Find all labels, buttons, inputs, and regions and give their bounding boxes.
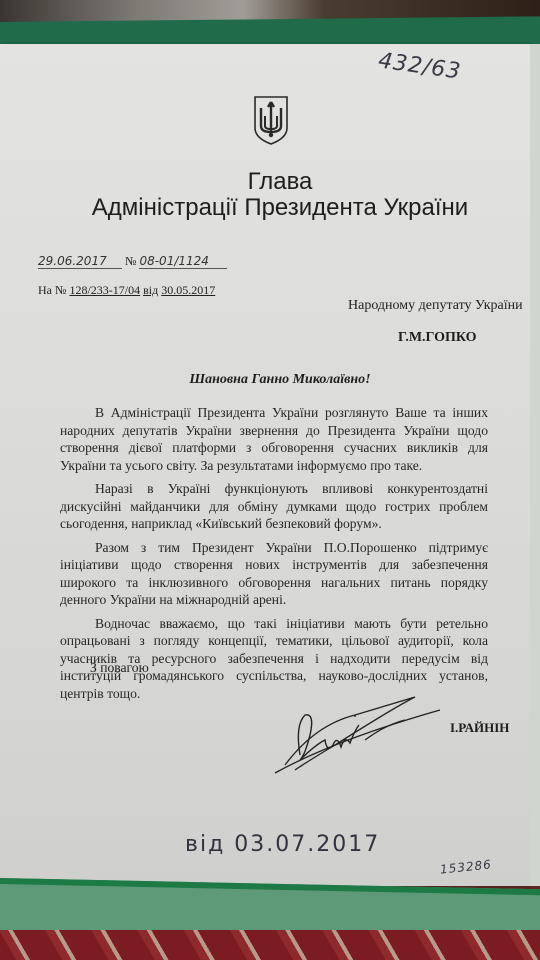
- addressee-name: Г.М.ГОПКО: [398, 330, 477, 346]
- signatory-name: І.РАЙНІН: [450, 720, 509, 736]
- handwritten-signature: [255, 685, 455, 775]
- letterhead-title: Глава: [0, 168, 540, 196]
- body-paragraph: Наразі в Україні функціонують впливові к…: [60, 480, 488, 533]
- incoming-prefix: На №: [38, 283, 66, 297]
- incoming-number: 128/233-17/04: [69, 283, 140, 297]
- trident-coat-of-arms-icon: [251, 94, 291, 146]
- number-label: №: [125, 254, 136, 268]
- handwritten-arrival-date: від 03.07.2017: [185, 832, 380, 857]
- body-paragraph: В Адміністрації Президента України розгл…: [60, 404, 488, 474]
- body-paragraph: Разом з тим Президент України П.О.Пороше…: [60, 539, 488, 609]
- outgoing-date: 29.06.2017: [38, 254, 122, 269]
- incoming-reference: На № 128/233-17/04 від 30.05.2017: [38, 283, 215, 298]
- outgoing-registration: 29.06.2017 № 08-01/1124: [38, 254, 227, 269]
- incoming-from-label: від: [143, 283, 158, 297]
- letterhead-subtitle: Адміністрації Президента України: [0, 194, 540, 222]
- outgoing-number: 08-01/1124: [139, 254, 227, 269]
- addressee-position: Народному депутату України: [348, 298, 523, 314]
- closing-phrase: З повагою: [90, 660, 149, 676]
- salutation: Шановна Ганно Миколаївно!: [0, 372, 540, 388]
- incoming-date: 30.05.2017: [161, 283, 215, 297]
- background-fabric: [0, 930, 540, 960]
